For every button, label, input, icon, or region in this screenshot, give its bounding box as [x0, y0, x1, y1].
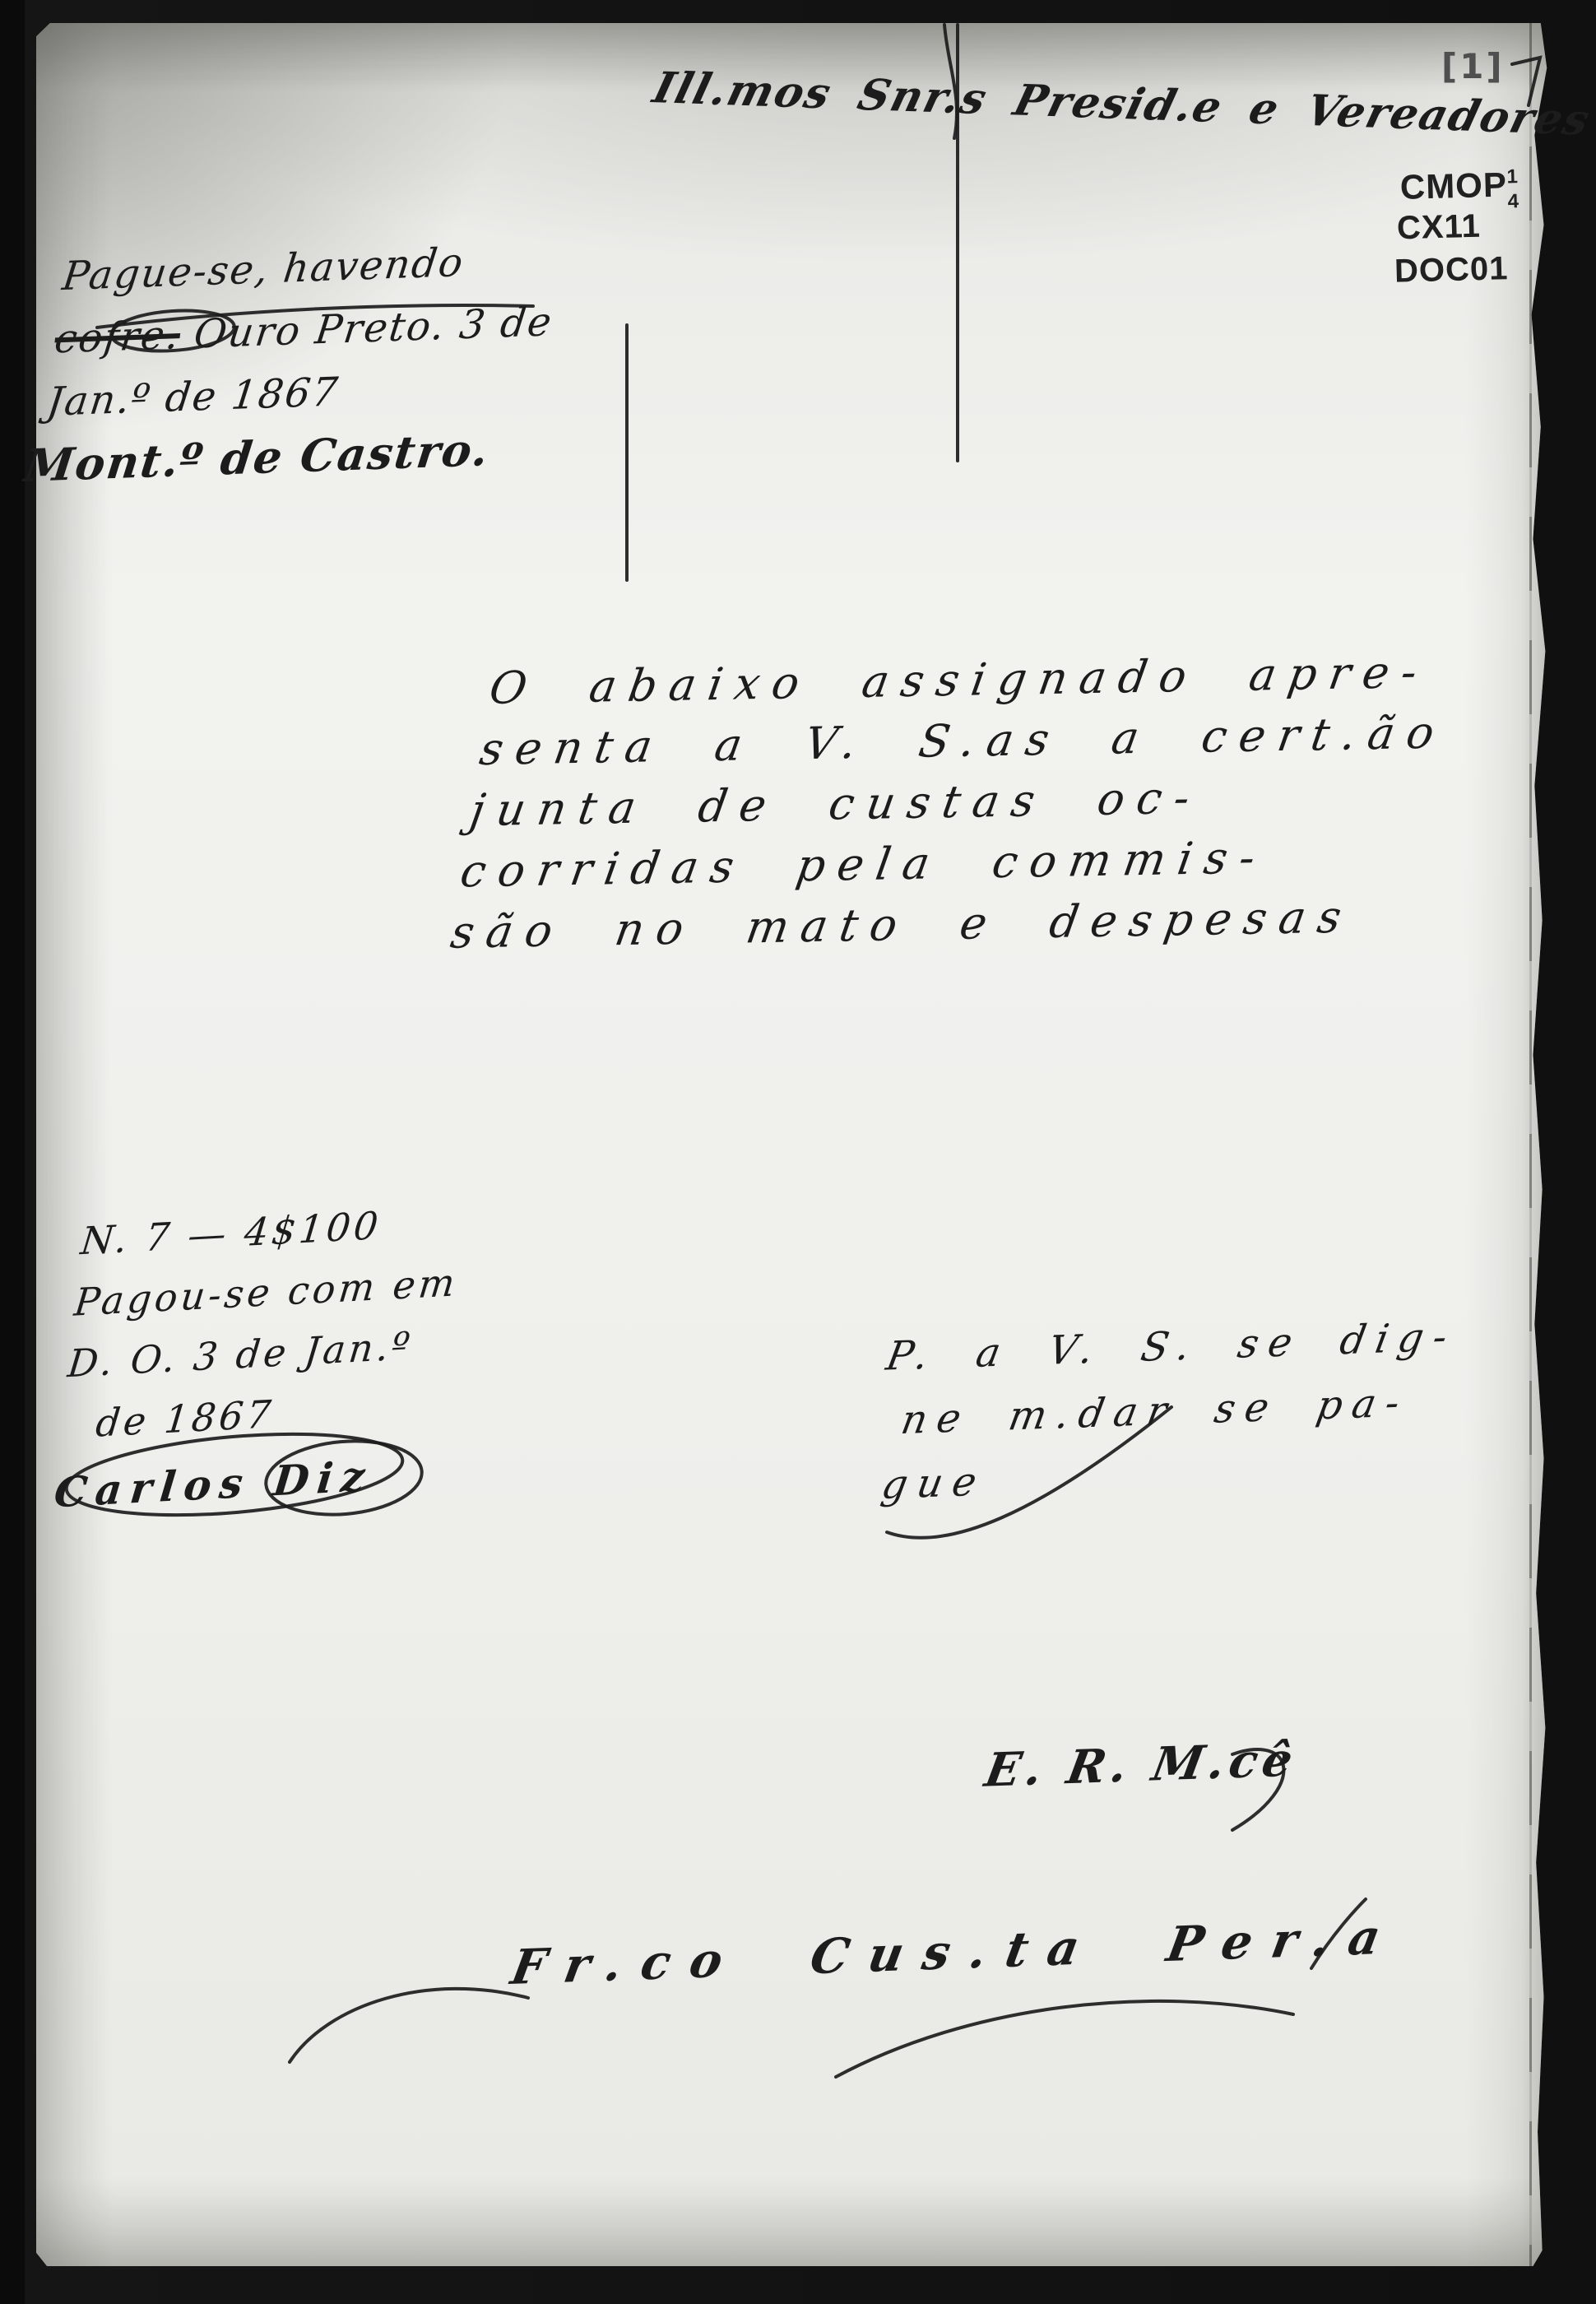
torn-edge-fibers	[1520, 23, 1563, 2266]
archive-stamp-superscript: 1	[1506, 165, 1519, 188]
archive-stamp-code-text: CMOP	[1399, 165, 1507, 207]
despacho-block: Pague-se, havendo cofre. Ouro Preto. 3 d…	[35, 228, 564, 497]
archive-stamp-subscript: 4	[1507, 190, 1519, 212]
struck-word: cofre.	[52, 312, 183, 363]
petition-body: O abaixo assignado apre- senta a V. S.as…	[447, 641, 1461, 964]
closing-formula: E. R. M.cê	[981, 1732, 1301, 1798]
pencil-page-number: [1]	[1441, 46, 1505, 86]
archive-stamp-doc: DOC01	[1394, 250, 1509, 290]
scanned-document-page: { "colors": { "scanner_background": "#0d…	[0, 0, 1596, 2304]
request-clause-block: P. a V. S. se dig- ne m.dar se pa- gue	[858, 1304, 1462, 1518]
payment-note-block: N. 7 — 4$100 Pagou-se com em D. O. 3 de …	[51, 1190, 467, 1523]
archive-stamp-box: CX11	[1396, 208, 1481, 248]
despacho-line-rest: Ouro Preto. 3 de	[192, 299, 555, 357]
